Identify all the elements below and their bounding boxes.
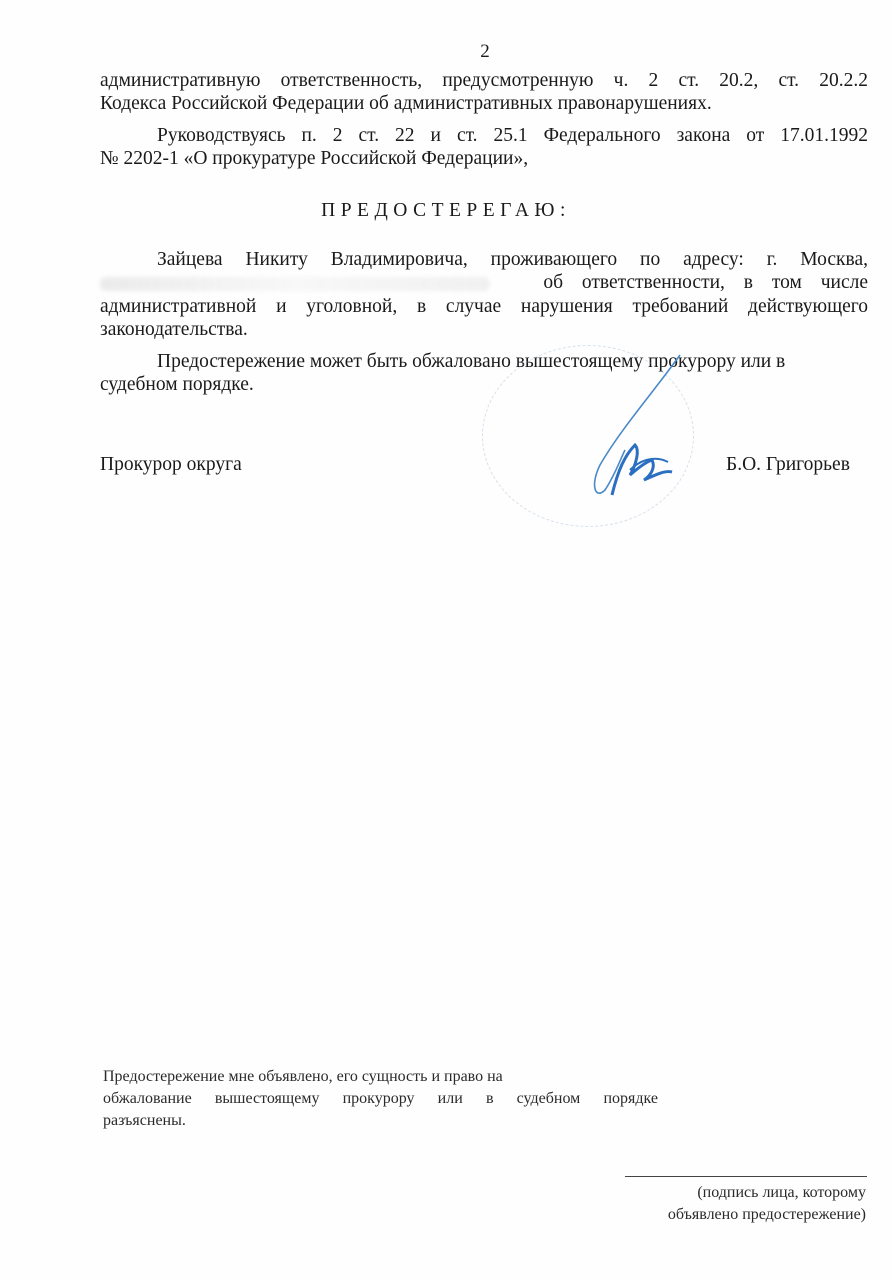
paragraph-3-line-3: административной и уголовной, в случае н…: [100, 295, 868, 318]
paragraph-3-line-4: законодательства.: [100, 318, 248, 341]
signature-caption-line-2: объявлено предостережение): [668, 1204, 866, 1225]
document-page: 2 административную ответственность, пред…: [0, 0, 892, 1280]
page-number: 2: [0, 40, 892, 63]
paragraph-4-line-2: судебном порядке.: [100, 373, 254, 396]
paragraph-2-line-1: Руководствуясь п. 2 ст. 22 и ст. 25.1 Фе…: [157, 124, 868, 147]
signatory-position: Прокурор округа: [100, 453, 242, 476]
acknowledgement-line-3: разъяснены.: [103, 1110, 186, 1131]
handwritten-signature: [560, 350, 700, 520]
recipient-signature-line: [625, 1176, 867, 1177]
section-heading: ПРЕДОСТЕРЕГАЮ:: [0, 200, 892, 222]
signatory-name: Б.О. Григорьев: [726, 453, 850, 476]
paragraph-3-line-2-text: об ответственности, в том числе: [543, 271, 868, 294]
acknowledgement-line-1: Предостережение мне объявлено, его сущно…: [103, 1066, 503, 1087]
paragraph-3-line-2: об ответственности, в том числе: [100, 271, 868, 294]
paragraph-1-line-2: Кодекса Российской Федерации об админист…: [100, 92, 712, 115]
signature-caption-line-1: (подпись лица, которому: [697, 1182, 866, 1203]
redacted-address: [100, 277, 490, 291]
paragraph-1-line-1: административную ответственность, предус…: [100, 69, 868, 92]
paragraph-2-line-2: № 2202-1 «О прокуратуре Российской Федер…: [100, 147, 528, 170]
paragraph-3-line-1: Зайцева Никиту Владимировича, проживающе…: [157, 248, 868, 271]
acknowledgement-line-2: обжалование вышестоящему прокурору или в…: [103, 1088, 658, 1109]
